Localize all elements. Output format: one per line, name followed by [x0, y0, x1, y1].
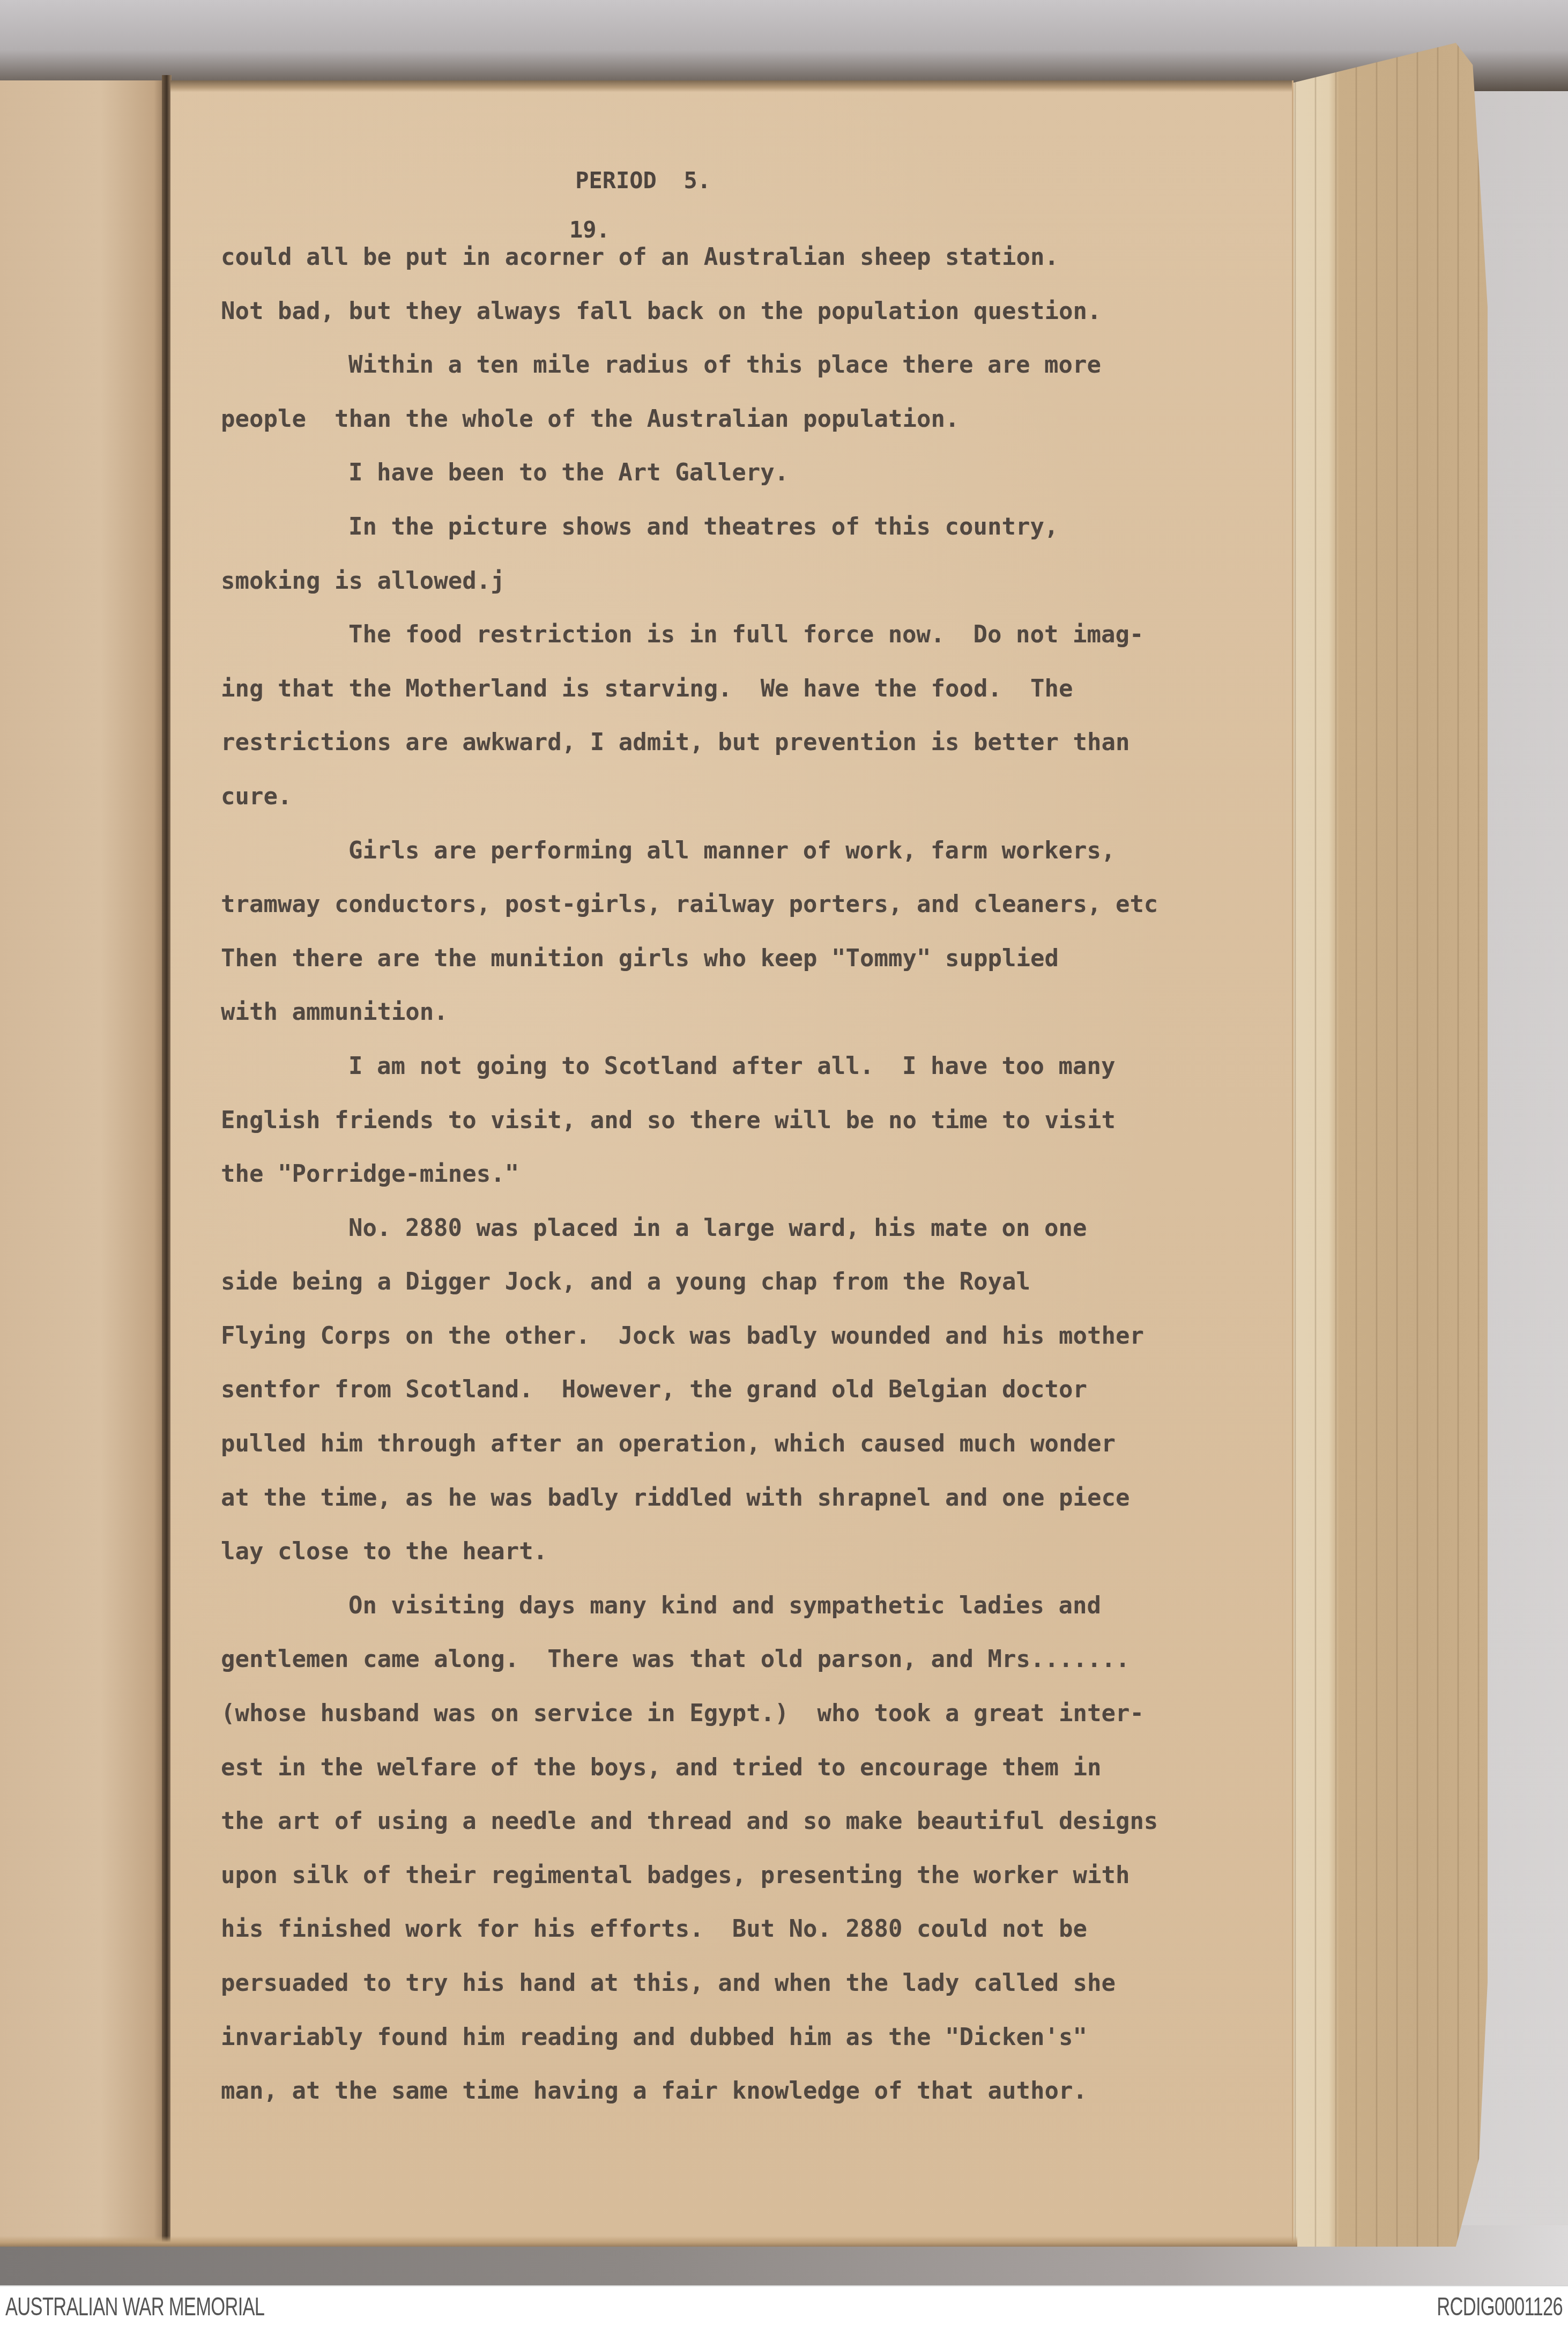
text-line: upon silk of their regimental badges, pr…: [221, 1849, 1293, 1903]
text-line: persuaded to try his hand at this, and w…: [221, 1957, 1293, 2011]
text-line: man, at the same time having a fair know…: [221, 2064, 1293, 2118]
text-line: invariably found him reading and dubbed …: [221, 2011, 1293, 2065]
text-line: gentlemen came along. There was that old…: [221, 1633, 1293, 1687]
text-line: English friends to visit, and so there w…: [221, 1094, 1293, 1148]
page-bottom-edge: [0, 2236, 1297, 2247]
text-line: The food restriction is in full force no…: [221, 608, 1293, 662]
page-edges-stack: [1276, 43, 1488, 2247]
text-line: cure.: [221, 770, 1293, 824]
text-line: pulled him through after an operation, w…: [221, 1417, 1293, 1471]
text-line: Then there are the munition girls who ke…: [221, 932, 1293, 986]
text-line: Girls are performing all manner of work,…: [221, 824, 1293, 878]
text-line: restrictions are awkward, I admit, but p…: [221, 716, 1293, 770]
text-line: On visiting days many kind and sympathet…: [221, 1579, 1293, 1633]
text-line: the art of using a needle and thread and…: [221, 1795, 1293, 1849]
text-line: I have been to the Art Gallery.: [221, 446, 1293, 500]
text-line: the "Porridge-mines.": [221, 1147, 1293, 1202]
archive-footer: AUSTRALIAN WAR MEMORIAL RCDIG0001126: [0, 2285, 1568, 2326]
text-line: ing that the Motherland is starving. We …: [221, 662, 1293, 716]
text-line: at the time, as he was badly riddled wit…: [221, 1471, 1293, 1525]
text-line: I am not going to Scotland after all. I …: [221, 1040, 1293, 1094]
item-id-label: RCDIG0001126: [1437, 2293, 1563, 2322]
text-line: In the picture shows and theatres of thi…: [221, 500, 1293, 554]
left-page: [0, 80, 167, 2247]
text-line: could all be put in acorner of an Austra…: [221, 231, 1293, 285]
text-line: est in the welfare of the boys, and trie…: [221, 1741, 1293, 1795]
text-line: his finished work for his efforts. But N…: [221, 1902, 1293, 1957]
text-line: with ammunition.: [221, 986, 1293, 1040]
text-line: side being a Digger Jock, and a young ch…: [221, 1255, 1293, 1309]
period-heading: PERIOD 5.: [575, 167, 711, 194]
scanned-book-photo: PERIOD 5. 19. could all be put in acorne…: [0, 0, 1568, 2285]
text-line: (whose husband was on service in Egypt.)…: [221, 1687, 1293, 1741]
text-line: smoking is allowed.j: [221, 554, 1293, 609]
institution-label: AUSTRALIAN WAR MEMORIAL: [5, 2293, 264, 2322]
text-line: people than the whole of the Australian …: [221, 392, 1293, 447]
text-line: tramway conductors, post-girls, railway …: [221, 878, 1293, 932]
text-line: No. 2880 was placed in a large ward, his…: [221, 1202, 1293, 1256]
typewritten-body: could all be put in acorner of an Austra…: [221, 231, 1293, 2118]
text-line: Flying Corps on the other. Jock was badl…: [221, 1309, 1293, 1364]
text-line: Not bad, but they always fall back on th…: [221, 285, 1293, 339]
text-line: Within a ten mile radius of this place t…: [221, 338, 1293, 392]
page-top-edge: [170, 80, 1292, 92]
text-line: lay close to the heart.: [221, 1525, 1293, 1579]
text-line: sentfor from Scotland. However, the gran…: [221, 1363, 1293, 1417]
